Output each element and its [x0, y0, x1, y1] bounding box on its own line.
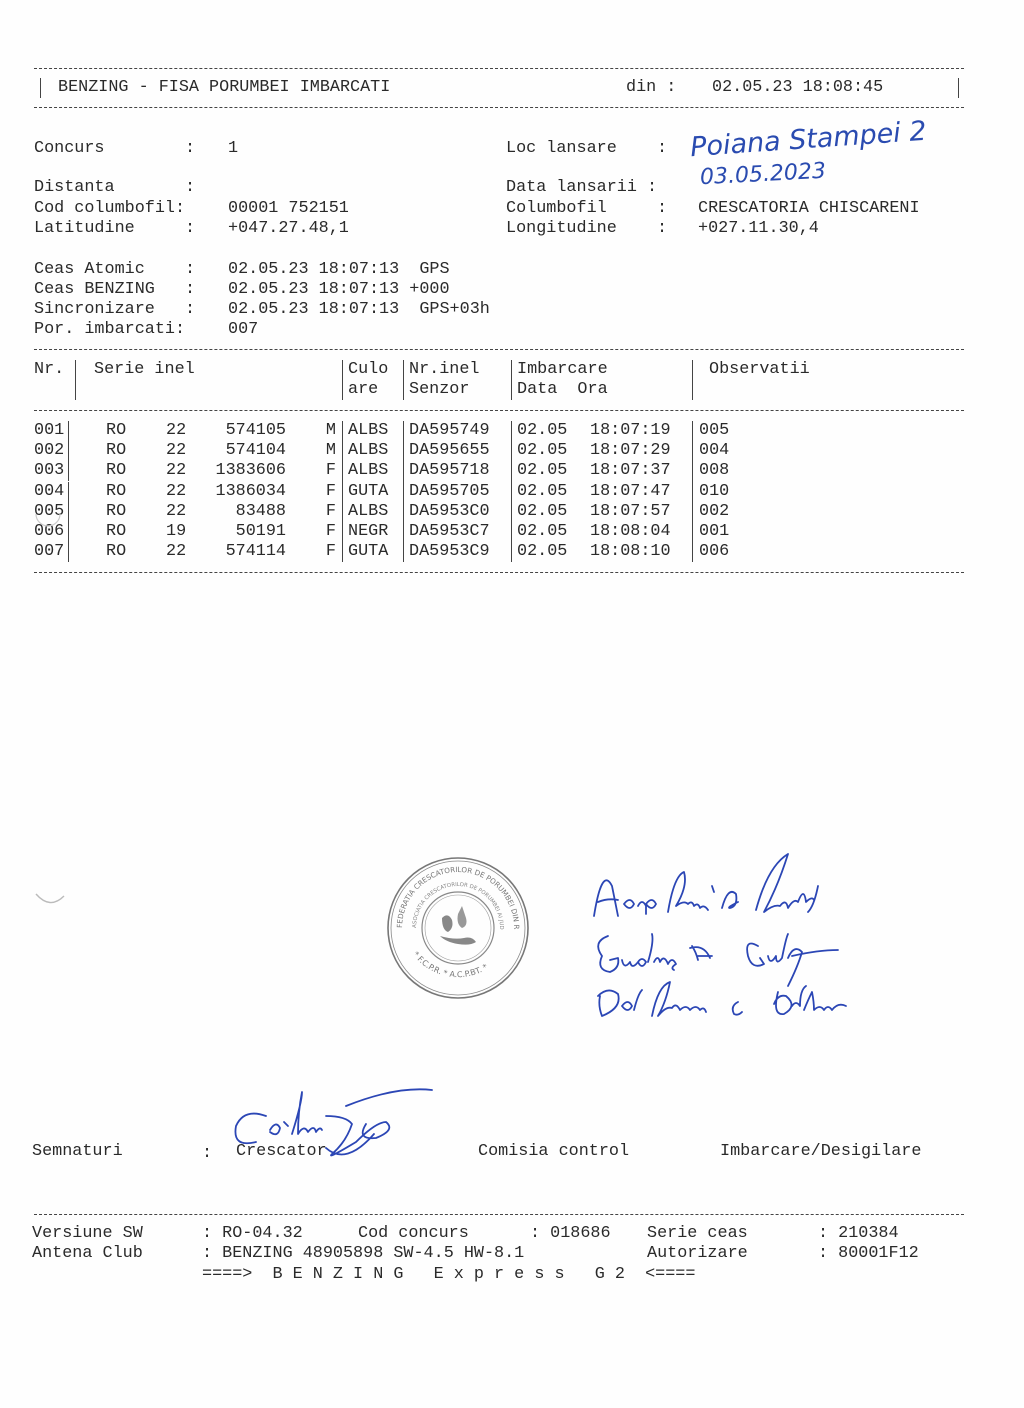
semnaturi-label: Semnaturi: [32, 1142, 123, 1162]
signature-crescator: [226, 1082, 436, 1162]
col-separator: [403, 421, 404, 441]
col-separator: [692, 360, 693, 400]
row-country: RO: [106, 461, 126, 481]
row-ring-number: 574105: [180, 421, 286, 441]
col-separator: [692, 482, 693, 502]
concurs-value: 1: [228, 139, 238, 159]
row-date: 02.05: [517, 482, 567, 502]
row-color: ALBS: [348, 502, 388, 522]
row-sex: F: [296, 482, 336, 502]
row-date: 02.05: [517, 461, 567, 481]
sincronizare-label: Sincronizare :: [34, 300, 195, 320]
col-separator: [403, 461, 404, 481]
row-time: 18:08:04: [590, 522, 671, 542]
row-date: 02.05: [517, 421, 567, 441]
row-time: 18:07:47: [590, 482, 671, 502]
col-separator: [403, 482, 404, 502]
col-separator: [342, 461, 343, 481]
punch-hole-mark: [32, 888, 72, 918]
row-time: 18:07:57: [590, 502, 671, 522]
punch-hole-mark: [30, 500, 70, 540]
col-separator: [342, 360, 343, 400]
col-separator: [511, 542, 512, 562]
comisia-control-label: Comisia control: [478, 1142, 629, 1162]
row-date: 02.05: [517, 502, 567, 522]
row-sensor-ring: DA595749: [409, 421, 490, 441]
antena-club-value: : BENZING 48905898 SW-4.5 HW-8.1: [202, 1244, 524, 1264]
row-ring-number: 574104: [180, 441, 286, 461]
col-header-senzor: Senzor: [409, 380, 469, 400]
row-color: ALBS: [348, 421, 388, 441]
row-sex: M: [296, 421, 336, 441]
row-nr: 002: [34, 441, 64, 461]
por-imbarcati-value: 007: [228, 320, 258, 340]
cod-columbofil-value: 00001 752151: [228, 199, 349, 219]
row-sensor-ring: DA595718: [409, 461, 490, 481]
col-separator: [75, 360, 76, 400]
col-separator: [403, 522, 404, 542]
row-nr: 004: [34, 482, 64, 502]
col-separator: [511, 461, 512, 481]
row-sensor-ring: DA5953C7: [409, 522, 490, 542]
document-page: BENZING - FISA PORUMBEI IMBARCATI din : …: [0, 0, 1024, 1408]
col-separator: [342, 542, 343, 562]
autorizare-value: : 80001F12: [818, 1244, 919, 1264]
row-observatii: 010: [699, 482, 729, 502]
col-separator: [692, 421, 693, 441]
row-ring-number: 83488: [180, 502, 286, 522]
col-separator: [68, 461, 69, 481]
ceas-benzing-label: Ceas BENZING :: [34, 280, 195, 300]
row-color: NEGR: [348, 522, 388, 542]
row-nr: 003: [34, 461, 64, 481]
row-ring-number: 1383606: [180, 461, 286, 481]
cod-concurs-label: Cod concurs: [358, 1224, 469, 1244]
row-date: 02.05: [517, 441, 567, 461]
col-separator: [511, 360, 512, 400]
row-date: 02.05: [517, 542, 567, 562]
header-border-right: [958, 78, 959, 98]
divider: [34, 572, 964, 573]
col-separator: [511, 502, 512, 522]
row-country: RO: [106, 441, 126, 461]
longitudine-value: +027.11.30,4: [698, 219, 819, 239]
header-border-left: [40, 78, 41, 98]
col-separator: [511, 482, 512, 502]
data-lansarii-label: Data lansarii :: [506, 178, 657, 198]
versiune-sw-label: Versiune SW: [32, 1224, 143, 1244]
loc-lansare-label: Loc lansare :: [506, 139, 667, 159]
row-country: RO: [106, 522, 126, 542]
divider: [34, 349, 964, 350]
din-label: din :: [626, 78, 676, 98]
col-header-culoare: Culo: [348, 360, 388, 380]
col-separator: [692, 461, 693, 481]
benzing-banner: ====> B E N Z I N G E x p r e s s G 2 <=…: [202, 1265, 695, 1285]
ceas-atomic-label: Ceas Atomic :: [34, 260, 195, 280]
row-observatii: 006: [699, 542, 729, 562]
association-stamp: FEDERATIA CRESCATORILOR DE PORUMBEI DIN …: [384, 854, 532, 1002]
imbarcare-desigilare-label: Imbarcare/Desigilare: [720, 1142, 921, 1162]
col-separator: [403, 441, 404, 461]
row-sensor-ring: DA595655: [409, 441, 490, 461]
col-separator: [342, 522, 343, 542]
semnaturi-colon: :: [202, 1144, 212, 1164]
row-country: RO: [106, 542, 126, 562]
row-observatii: 002: [699, 502, 729, 522]
columbofil-value: CRESCATORIA CHISCARENI: [698, 199, 920, 219]
col-separator: [692, 502, 693, 522]
row-country: RO: [106, 482, 126, 502]
row-ring-number: 1386034: [180, 482, 286, 502]
row-sex: F: [296, 542, 336, 562]
row-time: 18:07:29: [590, 441, 671, 461]
col-separator: [511, 421, 512, 441]
col-separator: [68, 441, 69, 461]
document-title: BENZING - FISA PORUMBEI IMBARCATI: [58, 78, 390, 98]
col-header-culoare-2: are: [348, 380, 378, 400]
row-ring-number: 50191: [180, 522, 286, 542]
row-sensor-ring: DA595705: [409, 482, 490, 502]
row-nr: 001: [34, 421, 64, 441]
row-time: 18:07:37: [590, 461, 671, 481]
serie-ceas-value: : 210384: [818, 1224, 899, 1244]
col-separator: [342, 502, 343, 522]
row-observatii: 004: [699, 441, 729, 461]
stamp-seal-icon: FEDERATIA CRESCATORILOR DE PORUMBEI DIN …: [384, 854, 532, 1002]
row-nr: 007: [34, 542, 64, 562]
row-sex: F: [296, 502, 336, 522]
col-header-serie-inel: Serie inel: [94, 360, 195, 380]
col-separator: [342, 441, 343, 461]
ceas-atomic-value: 02.05.23 18:07:13 GPS: [228, 260, 450, 280]
row-ring-number: 574114: [180, 542, 286, 562]
row-country: RO: [106, 421, 126, 441]
ceas-benzing-value: 02.05.23 18:07:13 +000: [228, 280, 450, 300]
latitudine-label: Latitudine :: [34, 219, 195, 239]
col-separator: [342, 482, 343, 502]
por-imbarcati-label: Por. imbarcati:: [34, 320, 185, 340]
col-separator: [68, 542, 69, 562]
col-separator: [511, 522, 512, 542]
row-color: GUTA: [348, 542, 388, 562]
col-separator: [342, 421, 343, 441]
divider: [34, 68, 964, 69]
row-sensor-ring: DA5953C9: [409, 542, 490, 562]
col-separator: [68, 482, 69, 502]
din-timestamp: 02.05.23 18:08:45: [712, 78, 883, 98]
col-separator: [68, 421, 69, 441]
row-observatii: 008: [699, 461, 729, 481]
distanta-label: Distanta :: [34, 178, 195, 198]
col-header-imbarcare: Imbarcare: [517, 360, 608, 380]
divider: [34, 107, 964, 108]
row-time: 18:08:10: [590, 542, 671, 562]
row-country: RO: [106, 502, 126, 522]
row-date: 02.05: [517, 522, 567, 542]
row-sex: F: [296, 522, 336, 542]
cod-concurs-value: : 018686: [530, 1224, 611, 1244]
col-separator: [692, 441, 693, 461]
versiune-sw-value: : RO-04.32: [202, 1224, 303, 1244]
row-color: GUTA: [348, 482, 388, 502]
loc-lansare-handwritten: Poiana Stampei 2: [689, 116, 927, 163]
col-separator: [692, 542, 693, 562]
columbofil-label: Columbofil :: [506, 199, 667, 219]
row-sex: M: [296, 441, 336, 461]
row-sensor-ring: DA5953C0: [409, 502, 490, 522]
row-color: ALBS: [348, 461, 388, 481]
serie-ceas-label: Serie ceas: [647, 1224, 748, 1244]
row-observatii: 005: [699, 421, 729, 441]
col-separator: [511, 441, 512, 461]
row-color: ALBS: [348, 441, 388, 461]
signature-commission: [588, 846, 998, 1046]
cod-columbofil-label: Cod columbofil:: [34, 199, 185, 219]
col-header-observatii: Observatii: [709, 360, 810, 380]
col-separator: [403, 502, 404, 522]
sincronizare-value: 02.05.23 18:07:13 GPS+03h: [228, 300, 490, 320]
col-separator: [403, 360, 404, 400]
latitudine-value: +047.27.48,1: [228, 219, 349, 239]
col-separator: [692, 522, 693, 542]
longitudine-label: Longitudine :: [506, 219, 667, 239]
col-header-nr-inel: Nr.inel: [409, 360, 480, 380]
divider: [34, 410, 964, 411]
divider: [34, 1214, 964, 1215]
autorizare-label: Autorizare: [647, 1244, 748, 1264]
col-header-nr: Nr.: [34, 360, 64, 380]
data-lansarii-handwritten: 03.05.2023: [699, 159, 826, 191]
row-sex: F: [296, 461, 336, 481]
concurs-label: Concurs :: [34, 139, 195, 159]
col-header-data-ora: Data Ora: [517, 380, 608, 400]
row-time: 18:07:19: [590, 421, 671, 441]
antena-club-label: Antena Club: [32, 1244, 143, 1264]
row-observatii: 001: [699, 522, 729, 542]
col-separator: [403, 542, 404, 562]
